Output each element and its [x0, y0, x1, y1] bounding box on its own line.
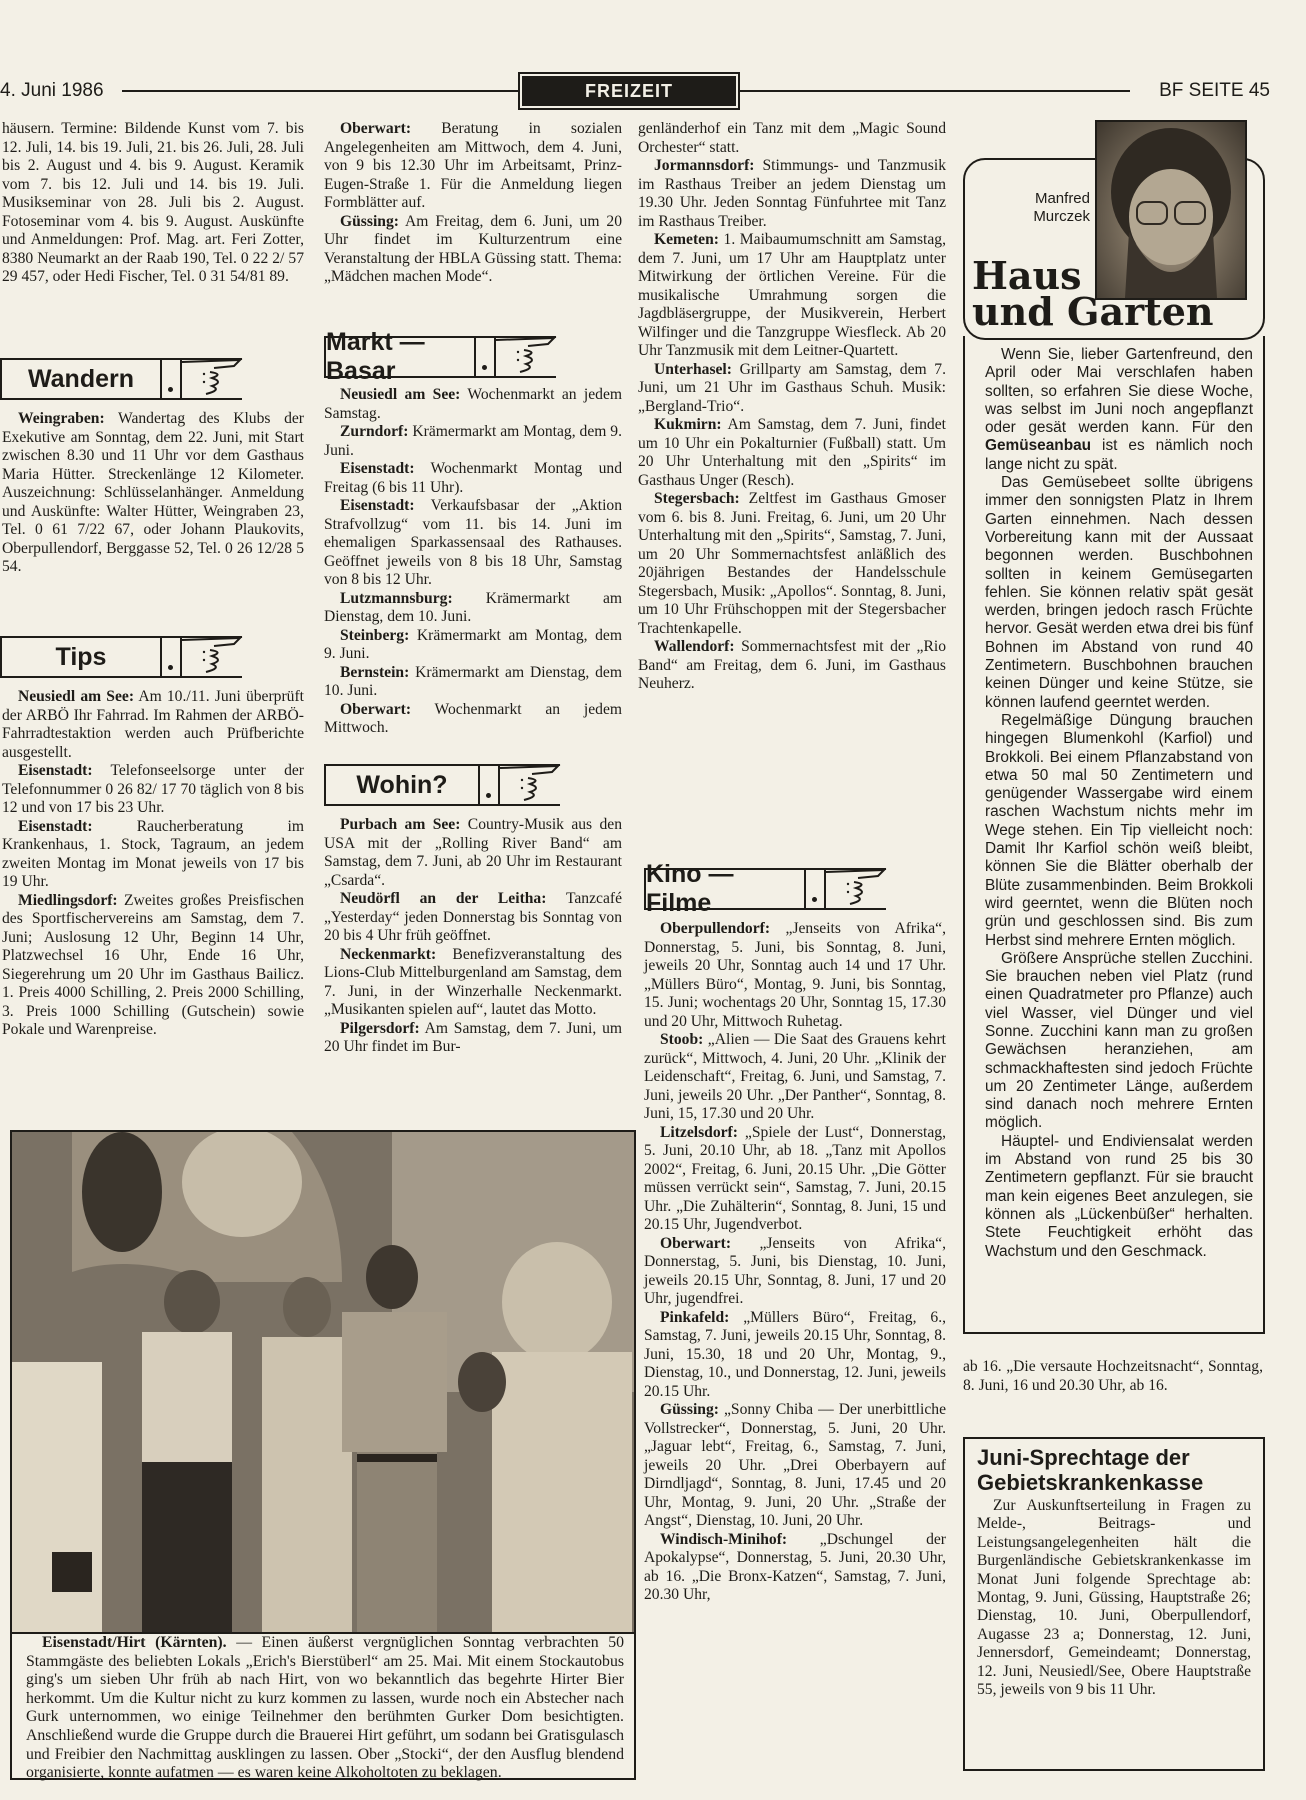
list-item: Pinkafeld: „Müllers Büro“, Freitag, 6., …	[644, 1309, 946, 1402]
bullet-dot-icon	[162, 360, 182, 398]
issue-date: 4. Juni 1986	[0, 80, 104, 102]
section-title: Wandern	[2, 360, 162, 398]
author-portrait	[1095, 120, 1247, 300]
list-item: Eisenstadt: Raucherberatung im Krankenha…	[2, 818, 304, 892]
garden-article-text: Wenn Sie, lieber Gartenfreund, den April…	[965, 336, 1263, 1261]
photo-caption-box: Eisenstadt/Hirt (Kärnten). — Einen äußer…	[10, 1630, 636, 1780]
list-item: Neckenmarkt: Benefizveranstaltung des Li…	[324, 946, 622, 1020]
section-label: FREIZEIT	[518, 72, 740, 110]
section-title: Tips	[2, 638, 162, 676]
markt-list: Neusiedl am See: Wochenmarkt an jedem Sa…	[324, 386, 622, 738]
list-item: Oberwart: Beratung in sozialen Angelegen…	[324, 120, 622, 213]
list-item: Pilgersdorf: Am Samstag, dem 7. Juni, um…	[324, 1020, 622, 1057]
list-item: Windisch-Minihof: „Dschungel der Apokaly…	[644, 1531, 946, 1605]
list-item: Stoob: „Alien — Die Saat des Grauens keh…	[644, 1031, 946, 1124]
list-item: Eisenstadt: Verkaufsbasar der „Aktion St…	[324, 497, 622, 590]
section-title: Wohin?	[326, 766, 480, 804]
list-item: Neusiedl am See: Wochenmarkt an jedem Sa…	[324, 386, 622, 423]
list-item: Miedlingsdorf: Zweites großes Preisfisch…	[2, 892, 304, 1040]
list-item: Neudörfl an der Leitha: Tanzcafé „Yester…	[324, 890, 622, 946]
sprechtage-text: Zur Auskunftserteilung in Fragen zu Meld…	[977, 1497, 1251, 1699]
list-item: Oberpullendorf: „Jenseits von Afrika“, D…	[644, 920, 946, 1031]
photo-illustration	[12, 1132, 634, 1632]
bullet-dot-icon	[162, 638, 182, 676]
list-item: Lutzmannsburg: Krämermarkt am Dienstag, …	[324, 590, 622, 627]
list-item: Unterhasel: Grillparty am Samstag, dem 7…	[638, 361, 946, 417]
list-item: Neusiedl am See: Am 10./11. Juni überprü…	[2, 688, 304, 762]
list-item: Stegersbach: Zeltfest im Gasthaus Gmoser…	[638, 490, 946, 638]
list-item: Eisenstadt: Wochenmarkt Montag und Freit…	[324, 460, 622, 497]
pointing-hand-icon	[182, 360, 242, 398]
photo-caption: Eisenstadt/Hirt (Kärnten). — Einen äußer…	[12, 1630, 634, 1783]
section-title: Kino — Filme	[646, 870, 806, 908]
intro-paragraph: häusern. Termine: Bildende Kunst vom 7. …	[2, 120, 304, 287]
page-number: BF SEITE 45	[1159, 80, 1270, 102]
news-photo	[10, 1130, 636, 1634]
list-item: Eisenstadt: Telefonseelsorge unter der T…	[2, 762, 304, 818]
section-title: Markt — Basar	[326, 338, 476, 376]
section-heading-markt-basar: Markt — Basar	[324, 336, 556, 378]
bullet-dot-icon	[806, 870, 826, 908]
tips-list: Neusiedl am See: Am 10./11. Juni überprü…	[2, 688, 304, 1040]
column-2-top: Oberwart: Beratung in sozialen Angelegen…	[324, 120, 622, 287]
bullet-dot-icon	[476, 338, 496, 376]
list-item: Purbach am See: Country-Musik aus den US…	[324, 816, 622, 890]
section-heading-kino-filme: Kino — Filme	[644, 868, 886, 910]
list-item: Güssing: „Sonny Chiba — Der unerbittlich…	[644, 1401, 946, 1531]
wohin-list: Purbach am See: Country-Musik aus den US…	[324, 816, 622, 1057]
column-title-line-2: und Garten	[972, 292, 1214, 332]
list-item: Güssing: Am Freitag, dem 6. Juni, um 20 …	[324, 213, 622, 287]
list-item: Weingraben: Wandertag des Klubs der Exek…	[2, 410, 304, 577]
list-item: Bernstein: Krämermarkt am Dienstag, dem …	[324, 664, 622, 701]
wandern-list: Weingraben: Wandertag des Klubs der Exek…	[2, 410, 304, 577]
list-item: Steinberg: Krämermarkt am Montag, dem 9.…	[324, 627, 622, 664]
pointing-hand-icon	[182, 638, 242, 676]
garden-article-box: Wenn Sie, lieber Gartenfreund, den April…	[963, 336, 1265, 1334]
list-item: Kemeten: 1. Maibaumumschnitt am Samstag,…	[638, 231, 946, 361]
author-name: Manfred Murczek	[1010, 190, 1090, 226]
pointing-hand-icon	[500, 766, 560, 804]
header-rule-right	[738, 90, 1130, 92]
list-item: Zurndorf: Krämermarkt am Montag, dem 9. …	[324, 423, 622, 460]
kino-list: Oberpullendorf: „Jenseits von Afrika“, D…	[644, 920, 946, 1605]
column-1-intro: häusern. Termine: Bildende Kunst vom 7. …	[2, 120, 304, 287]
column-3-top: genländerhof ein Tanz mit dem „Magic Sou…	[638, 120, 946, 694]
list-item: Wallendorf: Sommernachtsfest mit der „Ri…	[638, 638, 946, 694]
list-item: Kukmirn: Am Samstag, dem 7. Juni, findet…	[638, 416, 946, 490]
sprechtage-box: Juni-Sprechtage der Gebietskrankenkasse …	[963, 1437, 1265, 1771]
pointing-hand-icon	[496, 338, 556, 376]
kino-continued: ab 16. „Die versaute Hochzeitsnacht“, So…	[963, 1358, 1263, 1395]
section-heading-wandern: Wandern	[0, 358, 242, 400]
header-rule-left	[122, 90, 520, 92]
list-item: Oberwart: „Jenseits von Afrika“, Donners…	[644, 1235, 946, 1309]
bullet-dot-icon	[480, 766, 500, 804]
list-item: Oberwart: Wochenmarkt an jedem Mittwoch.	[324, 701, 622, 738]
pointing-hand-icon	[826, 870, 886, 908]
continued-text: genländerhof ein Tanz mit dem „Magic Sou…	[638, 120, 946, 157]
list-item: Jormannsdorf: Stimmungs- und Tanzmusik i…	[638, 157, 946, 231]
list-item: Litzelsdorf: „Spiele der Lust“, Donnerst…	[644, 1124, 946, 1235]
section-heading-wohin: Wohin?	[324, 764, 560, 806]
section-heading-tips: Tips	[0, 636, 242, 678]
sprechtage-title: Juni-Sprechtage der Gebietskrankenkasse	[977, 1445, 1251, 1495]
